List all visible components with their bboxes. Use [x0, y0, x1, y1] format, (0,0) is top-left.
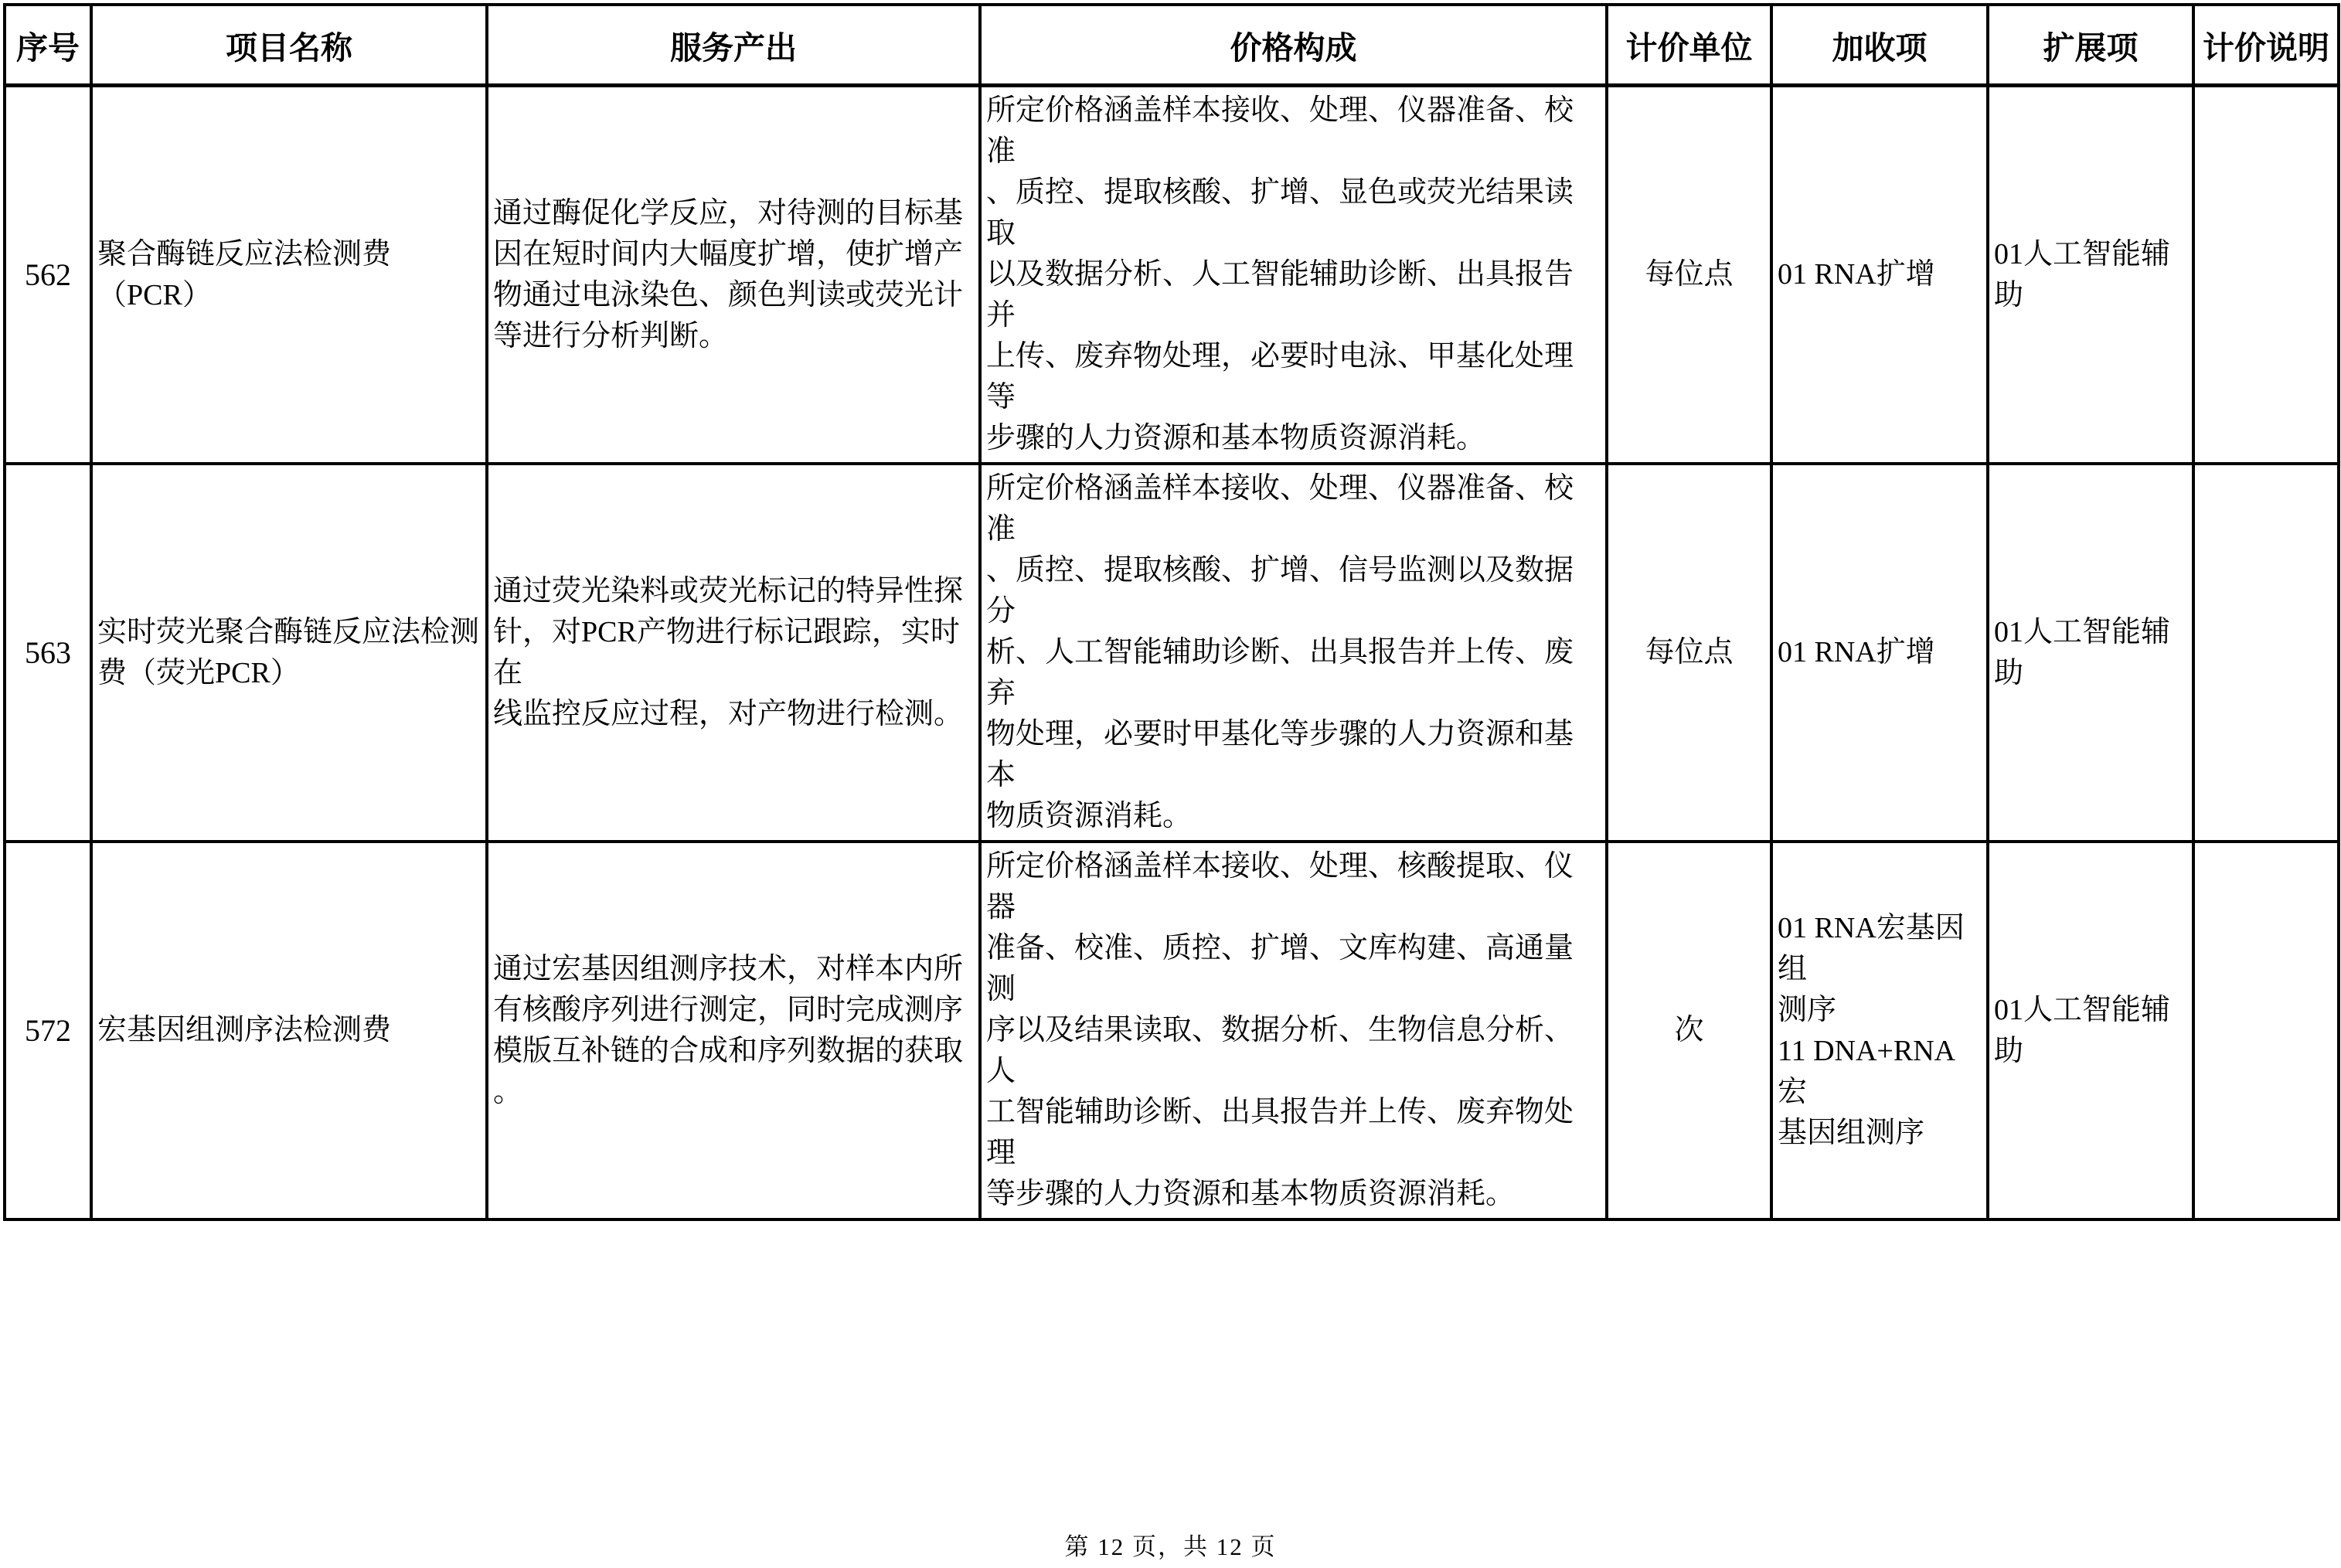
- cell-item-name: 聚合酶链反应法检测费 （PCR）: [91, 86, 487, 464]
- cell-surcharge: 01 RNA宏基因组 测序 11 DNA+RNA宏 基因组测序: [1771, 842, 1988, 1219]
- cell-seq: 563: [5, 464, 91, 842]
- cell-service-output: 通过宏基因组测序技术，对样本内所 有核酸序列进行测定，同时完成测序 模版互补链的…: [487, 842, 980, 1219]
- table-header: 序号 项目名称 服务产出 价格构成 计价单位 加收项 扩展项 计价说明: [5, 5, 2339, 86]
- cell-service-output: 通过荧光染料或荧光标记的特异性探 针，对PCR产物进行标记跟踪，实时在 线监控反…: [487, 464, 980, 842]
- cell-extension: 01人工智能辅 助: [1988, 842, 2193, 1219]
- cell-extension: 01人工智能辅 助: [1988, 464, 2193, 842]
- cell-pricing-note: [2193, 86, 2339, 464]
- cell-pricing-note: [2193, 464, 2339, 842]
- cell-extension: 01人工智能辅 助: [1988, 86, 2193, 464]
- header-service-output: 服务产出: [487, 5, 980, 86]
- table-row: 563 实时荧光聚合酶链反应法检测 费（荧光PCR） 通过荧光染料或荧光标记的特…: [5, 464, 2339, 842]
- cell-seq: 572: [5, 842, 91, 1219]
- cell-pricing-unit: 次: [1607, 842, 1771, 1219]
- cell-item-name: 宏基因组测序法检测费: [91, 842, 487, 1219]
- cell-surcharge: 01 RNA扩增: [1771, 464, 1988, 842]
- cell-price-composition: 所定价格涵盖样本接收、处理、仪器准备、校准 、质控、提取核酸、扩增、信号监测以及…: [980, 464, 1607, 842]
- cell-seq: 562: [5, 86, 91, 464]
- table-row: 562 聚合酶链反应法检测费 （PCR） 通过酶促化学反应，对待测的目标基 因在…: [5, 86, 2339, 464]
- header-extension: 扩展项: [1988, 5, 2193, 86]
- table-body: 562 聚合酶链反应法检测费 （PCR） 通过酶促化学反应，对待测的目标基 因在…: [5, 86, 2339, 1220]
- header-price-composition: 价格构成: [980, 5, 1607, 86]
- cell-pricing-note: [2193, 842, 2339, 1219]
- table-row: 572 宏基因组测序法检测费 通过宏基因组测序技术，对样本内所 有核酸序列进行测…: [5, 842, 2339, 1219]
- header-row: 序号 项目名称 服务产出 价格构成 计价单位 加收项 扩展项 计价说明: [5, 5, 2339, 86]
- cell-item-name: 实时荧光聚合酶链反应法检测 费（荧光PCR）: [91, 464, 487, 842]
- document-page: { "table": { "headers": ["序号", "项目名称", "…: [0, 0, 2341, 1568]
- pricing-table: 序号 项目名称 服务产出 价格构成 计价单位 加收项 扩展项 计价说明 562 …: [3, 3, 2340, 1221]
- header-pricing-note: 计价说明: [2193, 5, 2339, 86]
- cell-pricing-unit: 每位点: [1607, 464, 1771, 842]
- header-seq: 序号: [5, 5, 91, 86]
- cell-price-composition: 所定价格涵盖样本接收、处理、核酸提取、仪器 准备、校准、质控、扩增、文库构建、高…: [980, 842, 1607, 1219]
- cell-service-output: 通过酶促化学反应，对待测的目标基 因在短时间内大幅度扩增，使扩增产 物通过电泳染…: [487, 86, 980, 464]
- header-item-name: 项目名称: [91, 5, 487, 86]
- header-pricing-unit: 计价单位: [1607, 5, 1771, 86]
- cell-surcharge: 01 RNA扩增: [1771, 86, 1988, 464]
- page-number-footer: 第 12 页，共 12 页: [0, 1532, 2341, 1563]
- cell-pricing-unit: 每位点: [1607, 86, 1771, 464]
- cell-price-composition: 所定价格涵盖样本接收、处理、仪器准备、校准 、质控、提取核酸、扩增、显色或荧光结…: [980, 86, 1607, 464]
- header-surcharge: 加收项: [1771, 5, 1988, 86]
